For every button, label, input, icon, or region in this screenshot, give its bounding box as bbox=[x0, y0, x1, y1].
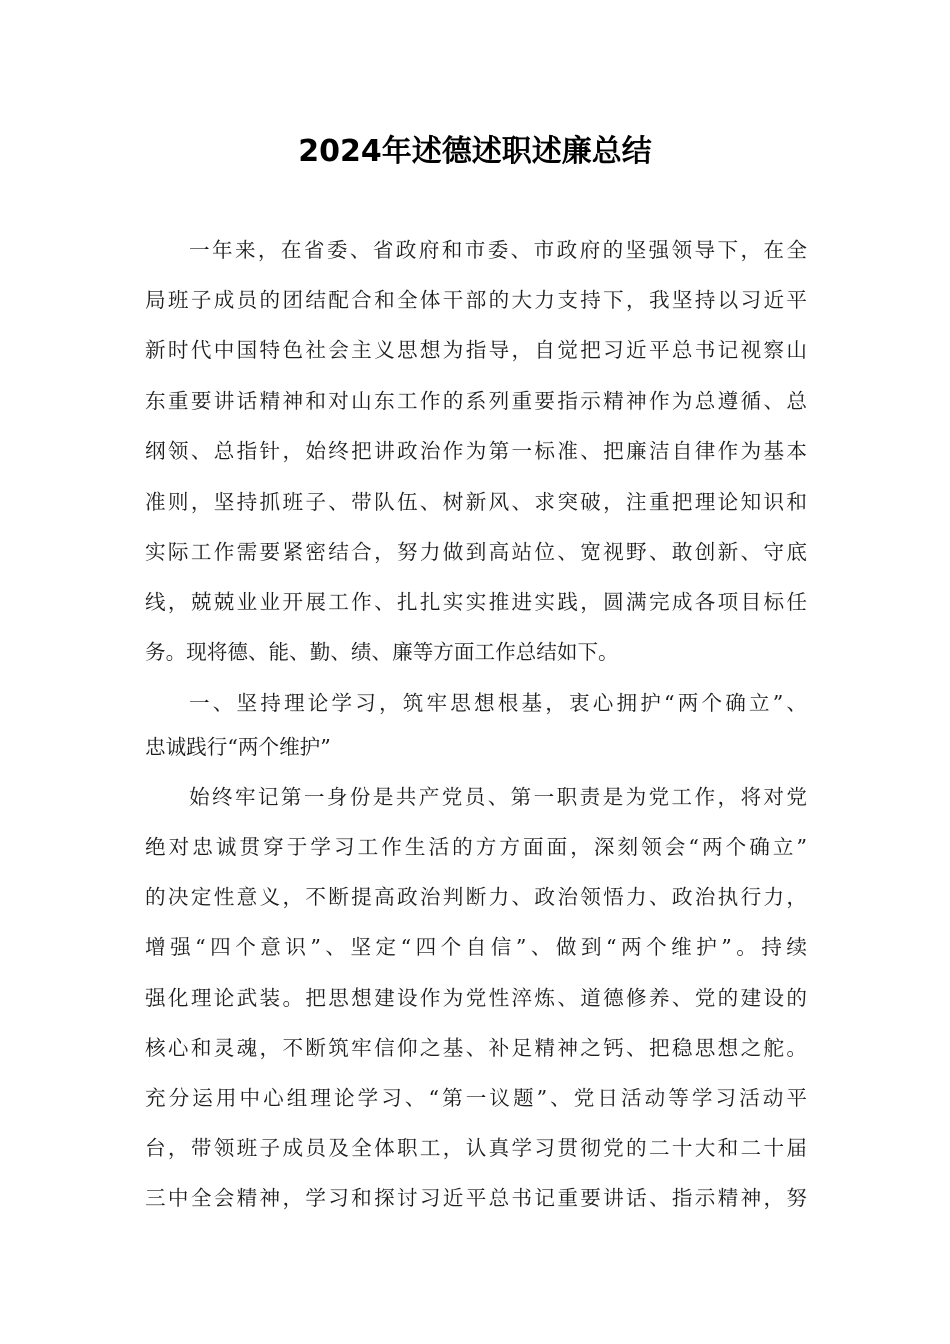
paragraph-2-line-6: 核心和灵魂，不断筑牢信仰之基、补足精神之钙、把稳思想之舵。 bbox=[145, 1032, 807, 1064]
paragraph-1-line-1: 一年来，在省委、省政府和市委、市政府的坚强领导下，在全 bbox=[189, 234, 807, 266]
paragraph-2-line-2: 绝对忠诚贯穿于学习工作生活的方方面面，深刻领会“两个确立” bbox=[145, 831, 807, 863]
paragraph-2-line-8: 台，带领班子成员及全体职工，认真学习贯彻党的二十大和二十届 bbox=[145, 1132, 807, 1164]
paragraph-2-line-5: 强化理论武装。把思想建设作为党性淬炼、道德修养、党的建设的 bbox=[145, 982, 807, 1014]
paragraph-1-line-5: 纲领、总指针，始终把讲政治作为第一标准、把廉洁自律作为基本 bbox=[145, 435, 807, 467]
document-page: 2024年述德述职述廉总结 一年来，在省委、省政府和市委、市政府的坚强领导下，在… bbox=[0, 0, 950, 1344]
paragraph-1-line-3: 新时代中国特色社会主义思想为指导，自觉把习近平总书记视察山 bbox=[145, 334, 807, 366]
paragraph-2-line-4: 增强“四个意识”、坚定“四个自信”、做到“两个维护”。持续 bbox=[145, 931, 807, 963]
paragraph-1-line-8: 线，兢兢业业开展工作、扎扎实实推进实践，圆满完成各项目标任 bbox=[145, 586, 807, 618]
paragraph-2-line-1: 始终牢记第一身份是共产党员、第一职责是为党工作，将对党 bbox=[189, 781, 807, 813]
section-heading-1-line-1: 一、坚持理论学习，筑牢思想根基，衷心拥护“两个确立”、 bbox=[189, 687, 807, 719]
paragraph-1-line-2: 局班子成员的团结配合和全体干部的大力支持下，我坚持以习近平 bbox=[145, 284, 807, 316]
document-title: 2024年述德述职述廉总结 bbox=[0, 130, 950, 174]
paragraph-1-line-9: 务。现将德、能、勤、绩、廉等方面工作总结如下。 bbox=[145, 636, 807, 668]
paragraph-2-line-3: 的决定性意义，不断提高政治判断力、政治领悟力、政治执行力， bbox=[145, 881, 807, 913]
section-heading-1-line-2: 忠诚践行“两个维护” bbox=[145, 731, 807, 763]
paragraph-1-line-4: 东重要讲话精神和对山东工作的系列重要指示精神作为总遵循、总 bbox=[145, 385, 807, 417]
paragraph-1-line-6: 准则，坚持抓班子、带队伍、树新风、求突破，注重把理论知识和 bbox=[145, 486, 807, 518]
paragraph-1-line-7: 实际工作需要紧密结合，努力做到高站位、宽视野、敢创新、守底 bbox=[145, 536, 807, 568]
paragraph-2-line-9: 三中全会精神，学习和探讨习近平总书记重要讲话、指示精神，努 bbox=[145, 1182, 807, 1214]
paragraph-2-line-7: 充分运用中心组理论学习、“第一议题”、党日活动等学习活动平 bbox=[145, 1082, 807, 1114]
